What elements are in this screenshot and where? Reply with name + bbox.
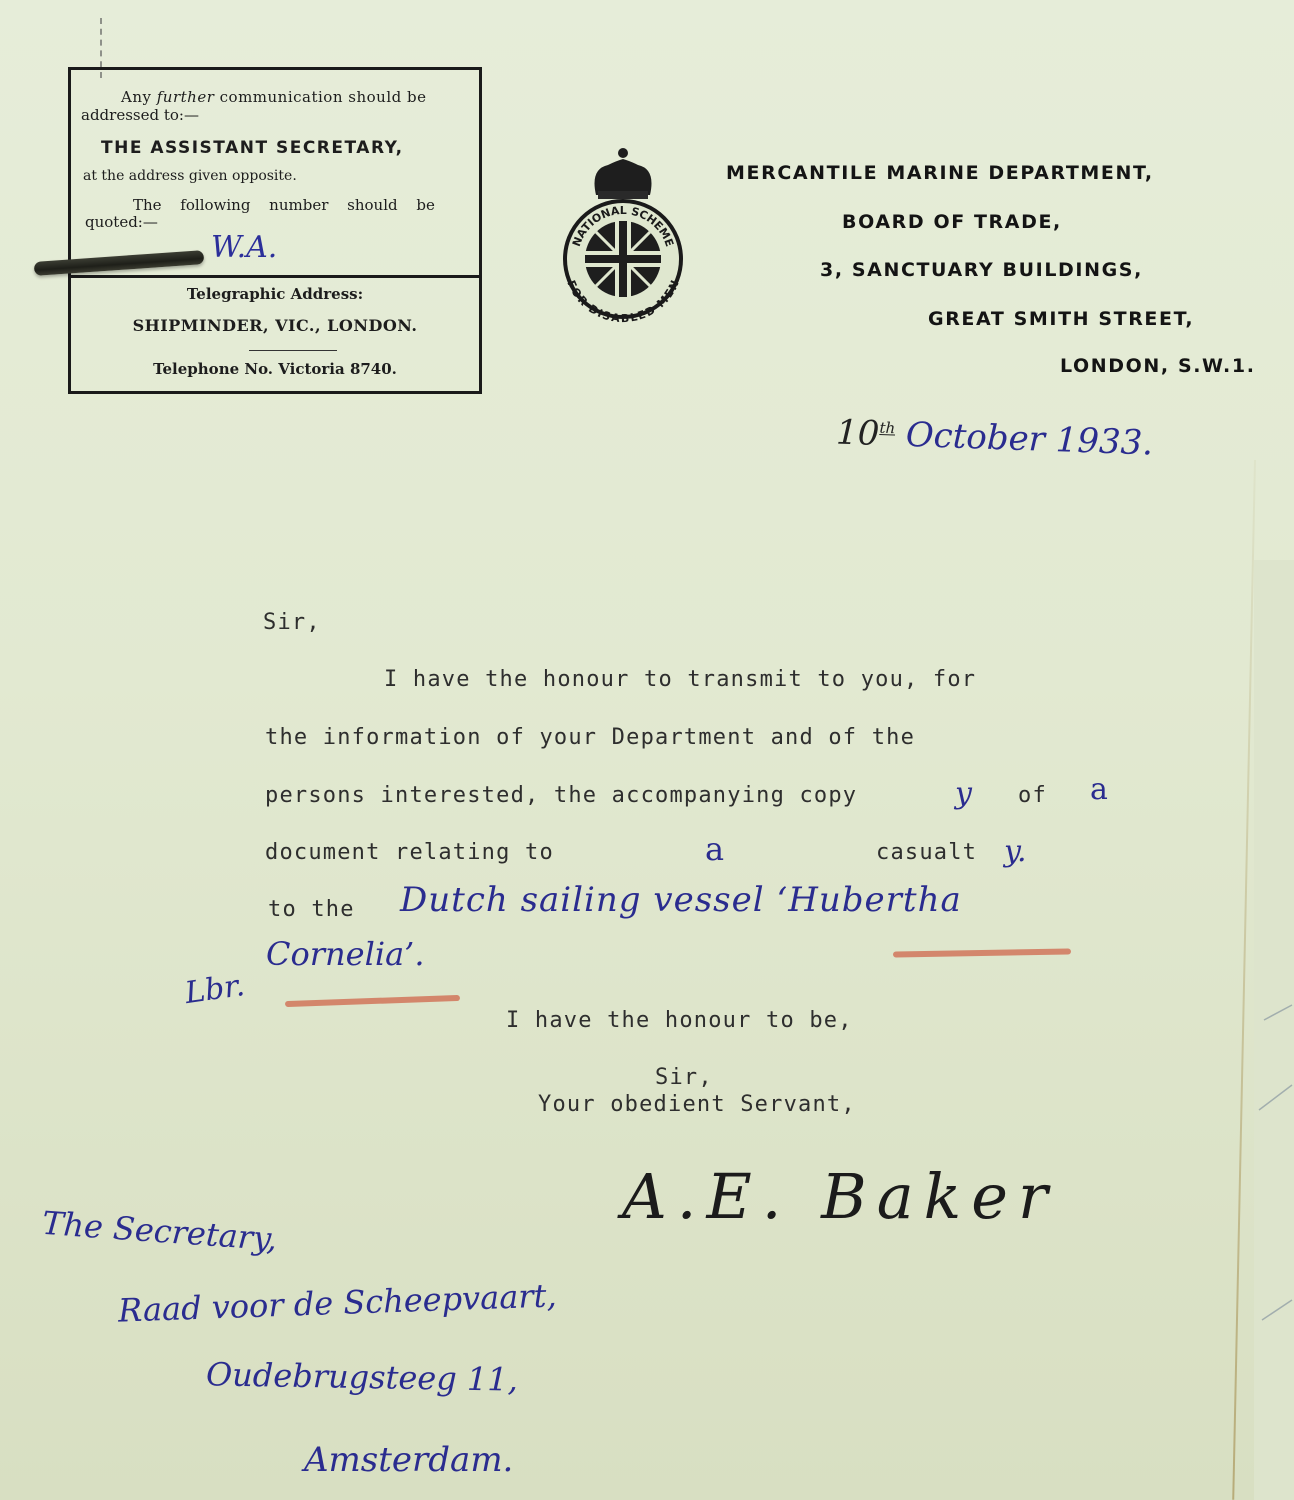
letterhead-board: BOARD OF TRADE,: [842, 211, 1062, 233]
letterhead-street: GREAT SMITH STREET,: [928, 308, 1194, 330]
reference-number-handwritten: W.A.: [211, 230, 277, 265]
sheet-edge: [1232, 460, 1256, 1500]
letterhead-department: MERCANTILE MARINE DEPARTMENT,: [726, 162, 1154, 184]
notice-line-4: The following number should be: [133, 196, 435, 214]
body-line-4-casualty: casualt: [876, 840, 977, 865]
body-line-2: the information of your Department and o…: [265, 725, 915, 750]
recipient-line-4: Amsterdam.: [304, 1440, 513, 1480]
addressee-title: THE ASSISTANT SECRETARY,: [101, 138, 404, 158]
notice-small-rule: [249, 350, 337, 351]
handwritten-vessel-name-cont: Cornelia’.: [266, 935, 424, 973]
body-line-5: to the: [268, 897, 355, 922]
body-line-1: I have the honour to transmit to you, fo…: [384, 667, 976, 692]
recipient-line-2: Raad voor de Scheepvaart,: [117, 1276, 557, 1329]
handwritten-copy-y: y: [955, 776, 972, 811]
recipient-line-1: The Secretary,: [41, 1204, 278, 1258]
salutation: Sir,: [263, 610, 321, 635]
body-line-4: document relating to: [265, 840, 554, 865]
handwritten-of-a: a: [1090, 772, 1108, 807]
signature: A.E. Baker: [622, 1160, 1058, 1233]
red-pencil-underline-2: [285, 995, 460, 1007]
letterhead-city: LONDON, S.W.1.: [1060, 355, 1256, 377]
underlying-sheet-marks: [1254, 1000, 1294, 1400]
crown-union-jack-badge-icon: NATIONAL SCHEME FOR DISABLED MEN: [558, 143, 688, 323]
handwritten-relating-a: a: [705, 830, 724, 868]
letter-page: Any further communication should be addr…: [0, 0, 1294, 1500]
handwritten-casualty-y: y.: [1004, 834, 1027, 869]
closing-line-2: Sir,: [655, 1065, 713, 1090]
letter-date: 10th October 1933.: [835, 412, 1153, 463]
telephone-number: Telephone No. Victoria 8740.: [71, 360, 479, 378]
notice-line-2: addressed to:—: [81, 106, 199, 124]
closing-line-3: Your obedient Servant,: [538, 1092, 856, 1117]
reply-instructions-box: Any further communication should be addr…: [68, 67, 482, 394]
red-pencil-underline-1: [893, 948, 1071, 957]
closing-line-1: I have the honour to be,: [506, 1008, 853, 1033]
body-line-3-of: of: [1018, 783, 1047, 808]
notice-line-3: at the address given opposite.: [83, 168, 297, 184]
recipient-line-3: Oudebrugsteeg 11,: [206, 1355, 518, 1398]
notice-line-5: quoted:—: [85, 213, 158, 231]
body-line-3: persons interested, the accompanying cop…: [265, 783, 857, 808]
letterhead-building: 3, SANCTUARY BUILDINGS,: [820, 259, 1143, 281]
notice-line-1: Any further communication should be: [121, 88, 426, 106]
margin-initials: Lbr.: [183, 968, 247, 1011]
handwritten-vessel-name: Dutch sailing vessel ‘Hubertha: [400, 880, 962, 920]
telegraphic-label: Telegraphic Address:: [71, 285, 479, 303]
telegraphic-address: SHIPMINDER, VIC., LONDON.: [71, 316, 479, 335]
notice-divider: [71, 275, 479, 278]
